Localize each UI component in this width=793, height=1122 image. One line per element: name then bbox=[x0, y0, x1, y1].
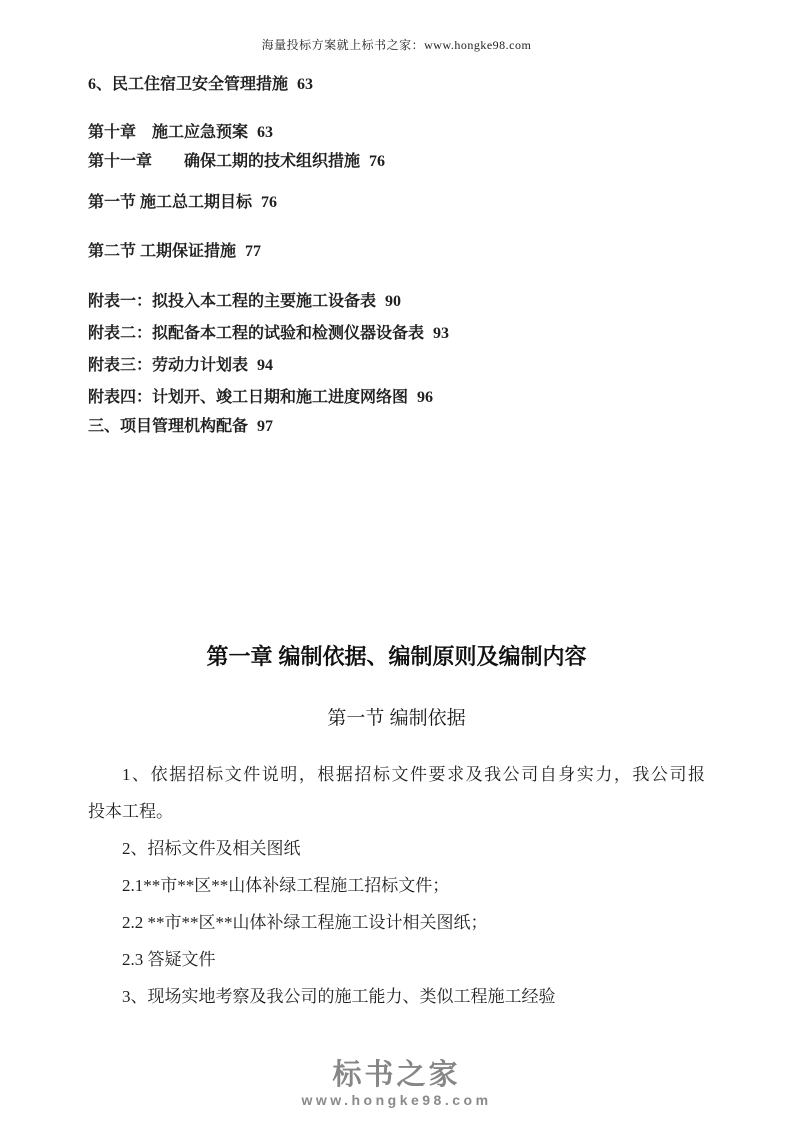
toc-item-label: 第十章 施工应急预案 bbox=[88, 124, 248, 141]
toc-item-label: 第二节 工期保证措施 bbox=[88, 243, 236, 260]
footer-url-text: www.hongke98.com bbox=[0, 1092, 793, 1108]
toc-item: 附表三：劳动力计划表94 bbox=[88, 355, 733, 377]
toc-item: 附表一：拟投入本工程的主要施工设备表90 bbox=[88, 291, 733, 313]
toc-item-page: 63 bbox=[297, 76, 313, 93]
toc-item-page: 96 bbox=[417, 389, 433, 406]
footer-logo-text: 标书之家 bbox=[0, 1060, 793, 1090]
table-of-contents: 6、民工住宿卫安全管理措施63 第十章 施工应急预案63 第十一章 确保工期的技… bbox=[88, 74, 733, 438]
toc-item-page: 76 bbox=[369, 153, 385, 170]
toc-item: 6、民工住宿卫安全管理措施63 bbox=[88, 74, 733, 96]
paragraph-line: 2.1**市**区**山体补绿工程施工招标文件； bbox=[88, 874, 705, 898]
document-page: 海量投标方案就上标书之家：www.hongke98.com 6、民工住宿卫安全管… bbox=[0, 0, 793, 1122]
paragraph-line: 投本工程。 bbox=[88, 800, 705, 824]
paragraph-line: 1、依据招标文件说明，根据招标文件要求及我公司自身实力，我公司报 bbox=[88, 763, 705, 787]
paragraph-line: 2、招标文件及相关图纸 bbox=[88, 837, 705, 861]
toc-item-page: 76 bbox=[261, 194, 277, 211]
toc-item: 附表四：计划开、竣工日期和施工进度网络图96 bbox=[88, 387, 733, 409]
section-title: 第一节 编制依据 bbox=[0, 703, 793, 730]
toc-item-label: 第十一章 确保工期的技术组织措施 bbox=[88, 153, 360, 170]
paragraph-line: 2.3 答疑文件 bbox=[88, 948, 705, 972]
toc-item-label: 附表一：拟投入本工程的主要施工设备表 bbox=[88, 293, 376, 310]
toc-item: 附表二：拟配备本工程的试验和检测仪器设备表93 bbox=[88, 323, 733, 345]
toc-item: 第一节 施工总工期目标76 bbox=[88, 192, 733, 214]
toc-item: 第二节 工期保证措施77 bbox=[88, 241, 733, 263]
toc-item: 第十一章 确保工期的技术组织措施76 bbox=[88, 151, 733, 173]
paragraph-line: 3、现场实地考察及我公司的施工能力、类似工程施工经验 bbox=[88, 985, 705, 1009]
toc-item-page: 93 bbox=[433, 325, 449, 342]
toc-item-page: 97 bbox=[257, 418, 273, 435]
toc-item-label: 附表四：计划开、竣工日期和施工进度网络图 bbox=[88, 389, 408, 406]
page-header-watermark: 海量投标方案就上标书之家：www.hongke98.com bbox=[0, 36, 793, 53]
toc-item-label: 附表三：劳动力计划表 bbox=[88, 357, 248, 374]
toc-item-page: 90 bbox=[385, 293, 401, 310]
toc-item-page: 94 bbox=[257, 357, 273, 374]
toc-item-label: 第一节 施工总工期目标 bbox=[88, 194, 252, 211]
toc-item-label: 三、项目管理机构配备 bbox=[88, 418, 248, 435]
toc-item-label: 附表二：拟配备本工程的试验和检测仪器设备表 bbox=[88, 325, 424, 342]
chapter-title: 第一章 编制依据、编制原则及编制内容 bbox=[0, 640, 793, 671]
body-text: 1、依据招标文件说明，根据招标文件要求及我公司自身实力，我公司报 投本工程。 2… bbox=[88, 763, 705, 1009]
footer-watermark: 标书之家 www.hongke98.com bbox=[0, 1060, 793, 1108]
toc-item-page: 63 bbox=[257, 124, 273, 141]
paragraph-line: 2.2 **市**区**山体补绿工程施工设计相关图纸； bbox=[88, 911, 705, 935]
toc-item-label: 6、民工住宿卫安全管理措施 bbox=[88, 76, 288, 93]
toc-item: 第十章 施工应急预案63 bbox=[88, 122, 733, 144]
toc-item: 三、项目管理机构配备97 bbox=[88, 416, 733, 438]
toc-item-page: 77 bbox=[245, 243, 261, 260]
